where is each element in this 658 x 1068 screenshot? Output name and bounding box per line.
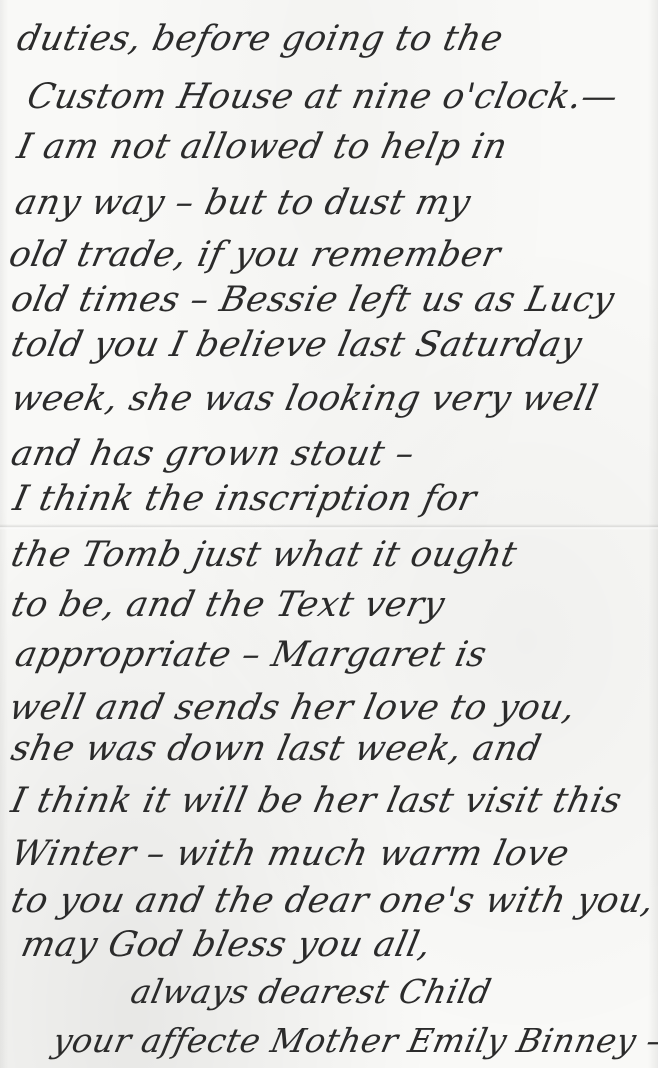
handwritten-line: the Tomb just what it ought [8,538,520,573]
handwritten-line: Winter – with much warm love [8,837,572,872]
handwritten-line: I think the inscription for [10,482,479,517]
handwritten-line: duties, before going to the [14,22,506,57]
handwritten-line: old trade, if you remember [6,238,503,273]
handwritten-line: week, she was looking very well [8,382,601,417]
paper-fold-crease [0,524,658,530]
handwritten-line: told you I believe last Saturday [8,328,585,363]
handwritten-line: old times – Bessie left us as Lucy [8,283,617,318]
handwritten-line: to you and the dear one's with you, [8,884,657,919]
handwritten-line: appropriate – Margaret is [12,638,490,673]
handwritten-line: I think it will be her last visit this [8,784,625,819]
handwritten-line: I am not allowed to help in [14,130,510,165]
handwritten-line: and has grown stout – [8,437,418,472]
letter-page: duties, before going to theCustom House … [0,0,658,1068]
handwritten-line: may God bless you all, [18,928,434,963]
handwritten-line: she was down last week, and [8,732,544,767]
handwritten-line: to be, and the Text very [8,588,448,623]
handwritten-line: Custom House at nine o'clock.— [24,80,621,115]
signature-line: always dearest Child [128,975,494,1008]
handwritten-line: well and sends her love to you, [6,691,579,726]
signature-line: your affecte Mother Emily Binney – [50,1024,658,1057]
handwritten-line: any way – but to dust my [12,186,474,221]
